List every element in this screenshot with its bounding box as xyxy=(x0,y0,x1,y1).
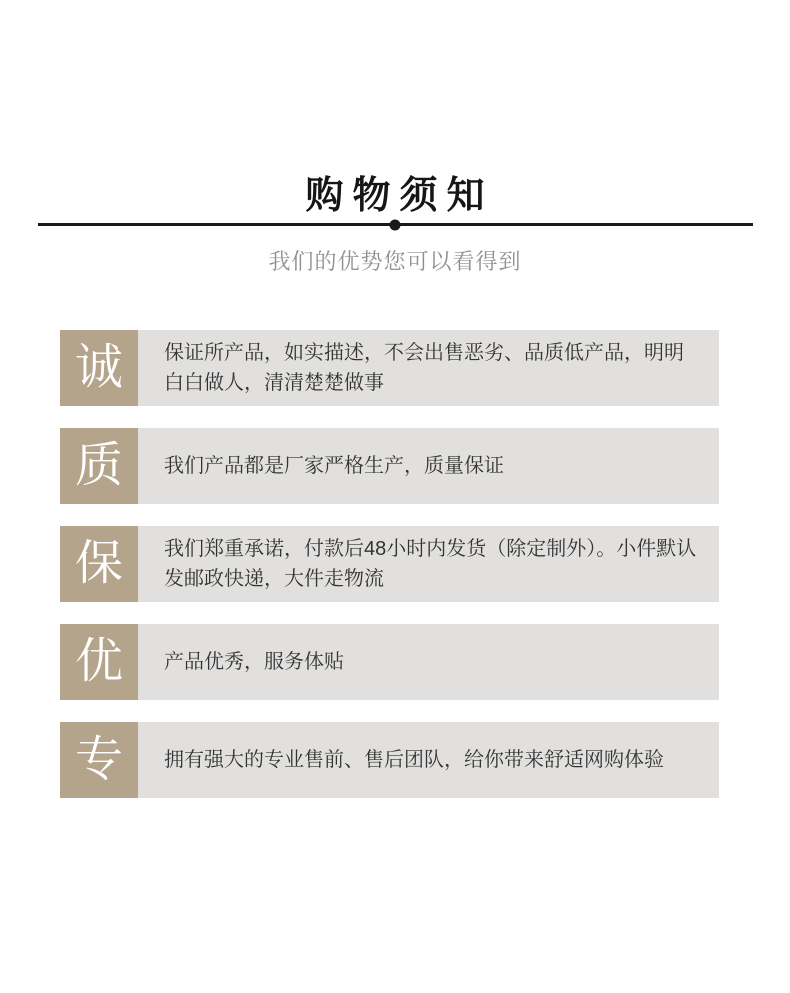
notice-row: 专 拥有强大的专业售前、售后团队，给你带来舒适网购体验 xyxy=(60,722,719,798)
notice-list: 诚 保证所产品，如实描述，不会出售恶劣、品质低产品，明明白白做人，清清楚楚做事 … xyxy=(60,330,719,798)
notice-text: 拥有强大的专业售前、售后团队，给你带来舒适网购体验 xyxy=(164,745,664,775)
notice-text-panel: 保证所产品，如实描述，不会出售恶劣、品质低产品，明明白白做人，清清楚楚做事 xyxy=(138,330,719,406)
notice-key-char: 诚 xyxy=(75,344,123,392)
notice-text: 产品优秀，服务体贴 xyxy=(164,647,344,677)
notice-row: 优 产品优秀，服务体贴 xyxy=(60,624,719,700)
page-title: 购物须知 xyxy=(0,0,790,216)
page-subtitle: 我们的优势您可以看得到 xyxy=(0,248,790,275)
title-divider-line xyxy=(38,223,753,226)
notice-key-badge: 保 xyxy=(60,526,138,602)
divider-center-dot xyxy=(390,219,401,230)
notice-key-char: 专 xyxy=(75,736,123,784)
notice-key-char: 优 xyxy=(75,638,123,686)
notice-key-badge: 诚 xyxy=(60,330,138,406)
notice-key-char: 质 xyxy=(75,442,123,490)
notice-text: 我们郑重承诺，付款后48小时内发货（除定制外）。小件默认发邮政快递，大件走物流 xyxy=(164,534,701,594)
notice-key-char: 保 xyxy=(75,540,123,588)
notice-text-panel: 拥有强大的专业售前、售后团队，给你带来舒适网购体验 xyxy=(138,722,719,798)
notice-text-panel: 我们郑重承诺，付款后48小时内发货（除定制外）。小件默认发邮政快递，大件走物流 xyxy=(138,526,719,602)
notice-text: 保证所产品，如实描述，不会出售恶劣、品质低产品，明明白白做人，清清楚楚做事 xyxy=(164,338,701,398)
notice-key-badge: 专 xyxy=(60,722,138,798)
notice-row: 质 我们产品都是厂家严格生产，质量保证 xyxy=(60,428,719,504)
notice-row: 保 我们郑重承诺，付款后48小时内发货（除定制外）。小件默认发邮政快递，大件走物… xyxy=(60,526,719,602)
notice-text-panel: 产品优秀，服务体贴 xyxy=(138,624,719,700)
notice-key-badge: 优 xyxy=(60,624,138,700)
notice-row: 诚 保证所产品，如实描述，不会出售恶劣、品质低产品，明明白白做人，清清楚楚做事 xyxy=(60,330,719,406)
shopping-notice-page: 购物须知 我们的优势您可以看得到 诚 保证所产品，如实描述，不会出售恶劣、品质低… xyxy=(0,0,790,993)
notice-key-badge: 质 xyxy=(60,428,138,504)
notice-text: 我们产品都是厂家严格生产，质量保证 xyxy=(164,451,504,481)
notice-text-panel: 我们产品都是厂家严格生产，质量保证 xyxy=(138,428,719,504)
